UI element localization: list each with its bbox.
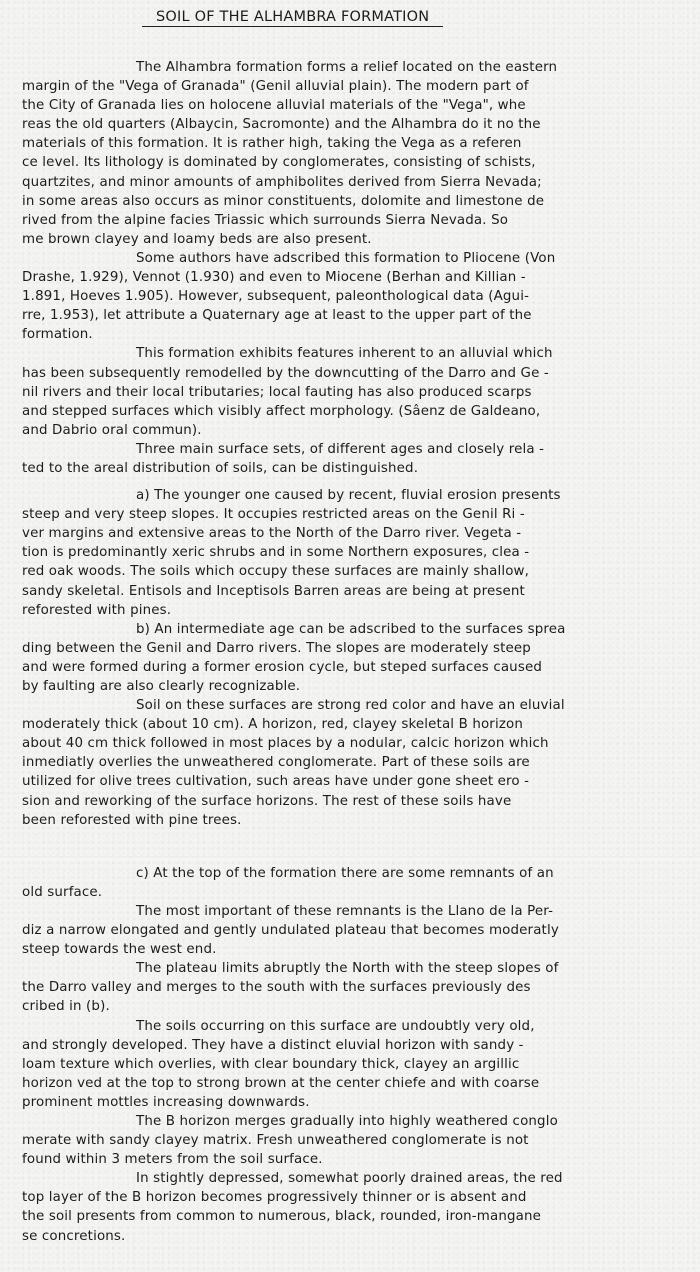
text-line: This formation exhibits features inheren…: [22, 344, 662, 363]
text-line: Soil on these surfaces are strong red co…: [22, 696, 662, 715]
text-line: b) An intermediate age can be adscribed …: [22, 620, 662, 639]
paragraph: The B horizon merges gradually into high…: [22, 1112, 662, 1169]
text-line: steep and very steep slopes. It occupies…: [22, 505, 662, 524]
paragraph: The Alhambra formation forms a relief lo…: [22, 58, 662, 249]
paragraph: c) At the top of the formation there are…: [22, 864, 662, 902]
text-line: the City of Granada lies on holocene all…: [22, 96, 662, 115]
text-line: c) At the top of the formation there are…: [22, 864, 662, 883]
paragraph: The plateau limits abruptly the North wi…: [22, 959, 662, 1016]
paragraph: Soil on these surfaces are strong red co…: [22, 696, 662, 830]
document-body: The Alhambra formation forms a relief lo…: [22, 58, 662, 1246]
text-line: ding between the Genil and Darro rivers.…: [22, 639, 662, 658]
text-line: by faulting are also clearly recognizabl…: [22, 677, 662, 696]
text-line: rre, 1.953), let attribute a Quaternary …: [22, 306, 662, 325]
document-title: SOIL OF THE ALHAMBRA FORMATION: [142, 9, 443, 27]
text-line: quartzites, and minor amounts of amphibo…: [22, 173, 662, 192]
text-line: red oak woods. The soils which occupy th…: [22, 562, 662, 581]
text-line: In stightly depressed, somewhat poorly d…: [22, 1169, 662, 1188]
text-line: merate with sandy clayey matrix. Fresh u…: [22, 1131, 662, 1150]
text-line: loam texture which overlies, with clear …: [22, 1055, 662, 1074]
paragraph-spacer: [22, 830, 662, 864]
text-line: inmediatly overlies the unweathered cong…: [22, 753, 662, 772]
text-line: horizon ved at the top to strong brown a…: [22, 1074, 662, 1093]
text-line: Three main surface sets, of different ag…: [22, 440, 662, 459]
text-line: 1.891, Hoeves 1.905). However, subsequen…: [22, 287, 662, 306]
paragraph: b) An intermediate age can be adscribed …: [22, 620, 662, 696]
text-line: sion and reworking of the surface horizo…: [22, 792, 662, 811]
paragraph: Some authors have adscribed this formati…: [22, 249, 662, 344]
text-line: margin of the "Vega of Granada" (Genil a…: [22, 77, 662, 96]
text-line: me brown clayey and loamy beds are also …: [22, 230, 662, 249]
text-line: sandy skeletal. Entisols and Inceptisols…: [22, 582, 662, 601]
text-line: formation.: [22, 325, 662, 344]
text-line: moderately thick (about 10 cm). A horizo…: [22, 715, 662, 734]
text-line: reforested with pines.: [22, 601, 662, 620]
text-line: nil rivers and their local tributaries; …: [22, 383, 662, 402]
paragraph: a) The younger one caused by recent, flu…: [22, 486, 662, 620]
text-line: the Darro valley and merges to the south…: [22, 978, 662, 997]
paragraph-spacer: [22, 478, 662, 486]
paragraph: Three main surface sets, of different ag…: [22, 440, 662, 478]
text-line: ted to the areal distribution of soils, …: [22, 459, 662, 478]
text-line: found within 3 meters from the soil surf…: [22, 1150, 662, 1169]
text-line: about 40 cm thick followed in most place…: [22, 734, 662, 753]
text-line: steep towards the west end.: [22, 940, 662, 959]
text-line: cribed in (b).: [22, 997, 662, 1016]
text-line: old surface.: [22, 883, 662, 902]
text-line: The most important of these remnants is …: [22, 902, 662, 921]
text-line: and Dabrio oral commun).: [22, 421, 662, 440]
text-line: top layer of the B horizon becomes progr…: [22, 1188, 662, 1207]
text-line: and stepped surfaces which visibly affec…: [22, 402, 662, 421]
text-line: in some areas also occurs as minor const…: [22, 192, 662, 211]
text-line: Some authors have adscribed this formati…: [22, 249, 662, 268]
text-line: The plateau limits abruptly the North wi…: [22, 959, 662, 978]
text-line: The Alhambra formation forms a relief lo…: [22, 58, 662, 77]
text-line: a) The younger one caused by recent, flu…: [22, 486, 662, 505]
text-line: been reforested with pine trees.: [22, 811, 662, 830]
text-line: The B horizon merges gradually into high…: [22, 1112, 662, 1131]
text-line: and were formed during a former erosion …: [22, 658, 662, 677]
paragraph: The soils occurring on this surface are …: [22, 1017, 662, 1112]
text-line: and strongly developed. They have a dist…: [22, 1036, 662, 1055]
paragraph: This formation exhibits features inheren…: [22, 344, 662, 439]
text-line: se concretions.: [22, 1227, 662, 1246]
text-line: ver margins and extensive areas to the N…: [22, 524, 662, 543]
text-line: diz a narrow elongated and gently undula…: [22, 921, 662, 940]
text-line: prominent mottles increasing downwards.: [22, 1093, 662, 1112]
text-line: Drashe, 1.929), Vennot (1.930) and even …: [22, 268, 662, 287]
text-line: has been subsequently remodelled by the …: [22, 364, 662, 383]
text-line: reas the old quarters (Albaycin, Sacromo…: [22, 115, 662, 134]
text-line: materials of this formation. It is rathe…: [22, 134, 662, 153]
scanned-page: SOIL OF THE ALHAMBRA FORMATION The Alham…: [0, 0, 700, 1272]
text-line: rived from the alpine facies Triassic wh…: [22, 211, 662, 230]
text-line: utilized for olive trees cultivation, su…: [22, 772, 662, 791]
paragraph: The most important of these remnants is …: [22, 902, 662, 959]
paragraph: In stightly depressed, somewhat poorly d…: [22, 1169, 662, 1245]
text-line: tion is predominantly xeric shrubs and i…: [22, 543, 662, 562]
text-line: the soil presents from common to numerou…: [22, 1207, 662, 1226]
text-line: The soils occurring on this surface are …: [22, 1017, 662, 1036]
text-line: ce level. Its lithology is dominated by …: [22, 153, 662, 172]
